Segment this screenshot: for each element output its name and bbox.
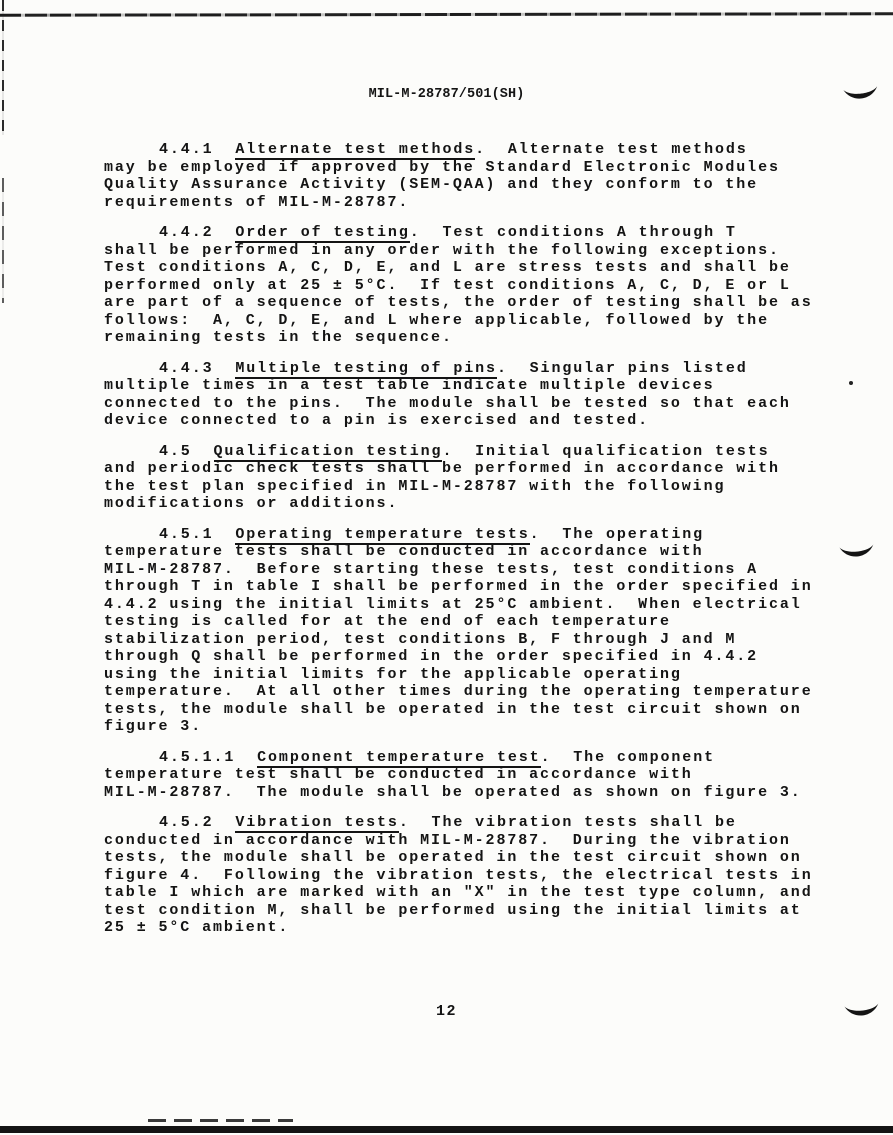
section-4-4-2-paragraph: 4.4.2 Order of testing. Test conditions …: [104, 224, 836, 347]
section-number: 4.5: [159, 443, 214, 460]
document-id-header: MIL-M-28787/501(SH): [0, 87, 893, 102]
scan-left-edge-artifact: [2, 0, 4, 135]
section-title: Component temperature test: [257, 749, 540, 768]
scan-ink-dot-artifact: [849, 381, 853, 385]
scan-left-edge-artifact: [2, 178, 4, 303]
section-title: Multiple testing of pins: [235, 360, 497, 379]
section-body-text: . Test conditions A through T shall be p…: [104, 224, 813, 346]
section-4-5-1-paragraph: 4.5.1 Operating temperature tests. The o…: [104, 526, 836, 736]
section-4-5-paragraph: 4.5 Qualification testing. Initial quali…: [104, 443, 836, 513]
section-4-5-2-paragraph: 4.5.2 Vibration tests. The vibration tes…: [104, 814, 836, 937]
section-body-text: . The operating temperature tests shall …: [104, 526, 813, 736]
section-title: Alternate test methods: [235, 141, 475, 160]
section-4-4-3-paragraph: 4.4.3 Multiple testing of pins. Singular…: [104, 360, 836, 430]
crescent-mark-icon: [838, 541, 876, 564]
section-title: Qualification testing: [214, 443, 443, 462]
section-title: Operating temperature tests: [235, 526, 529, 545]
section-number: 4.5.1.1: [159, 749, 257, 766]
section-number: 4.4.1: [159, 141, 235, 158]
scan-bottom-dashes-artifact: [148, 1119, 293, 1122]
scanned-document-page: MIL-M-28787/501(SH) 4.4.1 Alternate test…: [0, 0, 893, 1135]
section-4-5-1-1-paragraph: 4.5.1.1 Component temperature test. The …: [104, 749, 836, 802]
scan-bottom-edge-artifact: [0, 1126, 893, 1133]
document-body: 4.4.1 Alternate test methods. Alternate …: [104, 141, 836, 950]
section-number: 4.5.2: [159, 814, 235, 831]
section-number: 4.5.1: [159, 526, 235, 543]
section-body-text: . The vibration tests shall be conducted…: [104, 814, 813, 936]
section-number: 4.4.2: [159, 224, 235, 241]
section-title: Order of testing: [235, 224, 409, 243]
scan-top-edge-artifact: [0, 12, 893, 17]
section-number: 4.4.3: [159, 360, 235, 377]
section-title: Vibration tests: [235, 814, 399, 833]
section-4-4-1-paragraph: 4.4.1 Alternate test methods. Alternate …: [104, 141, 836, 211]
page-number: 12: [0, 1003, 893, 1020]
